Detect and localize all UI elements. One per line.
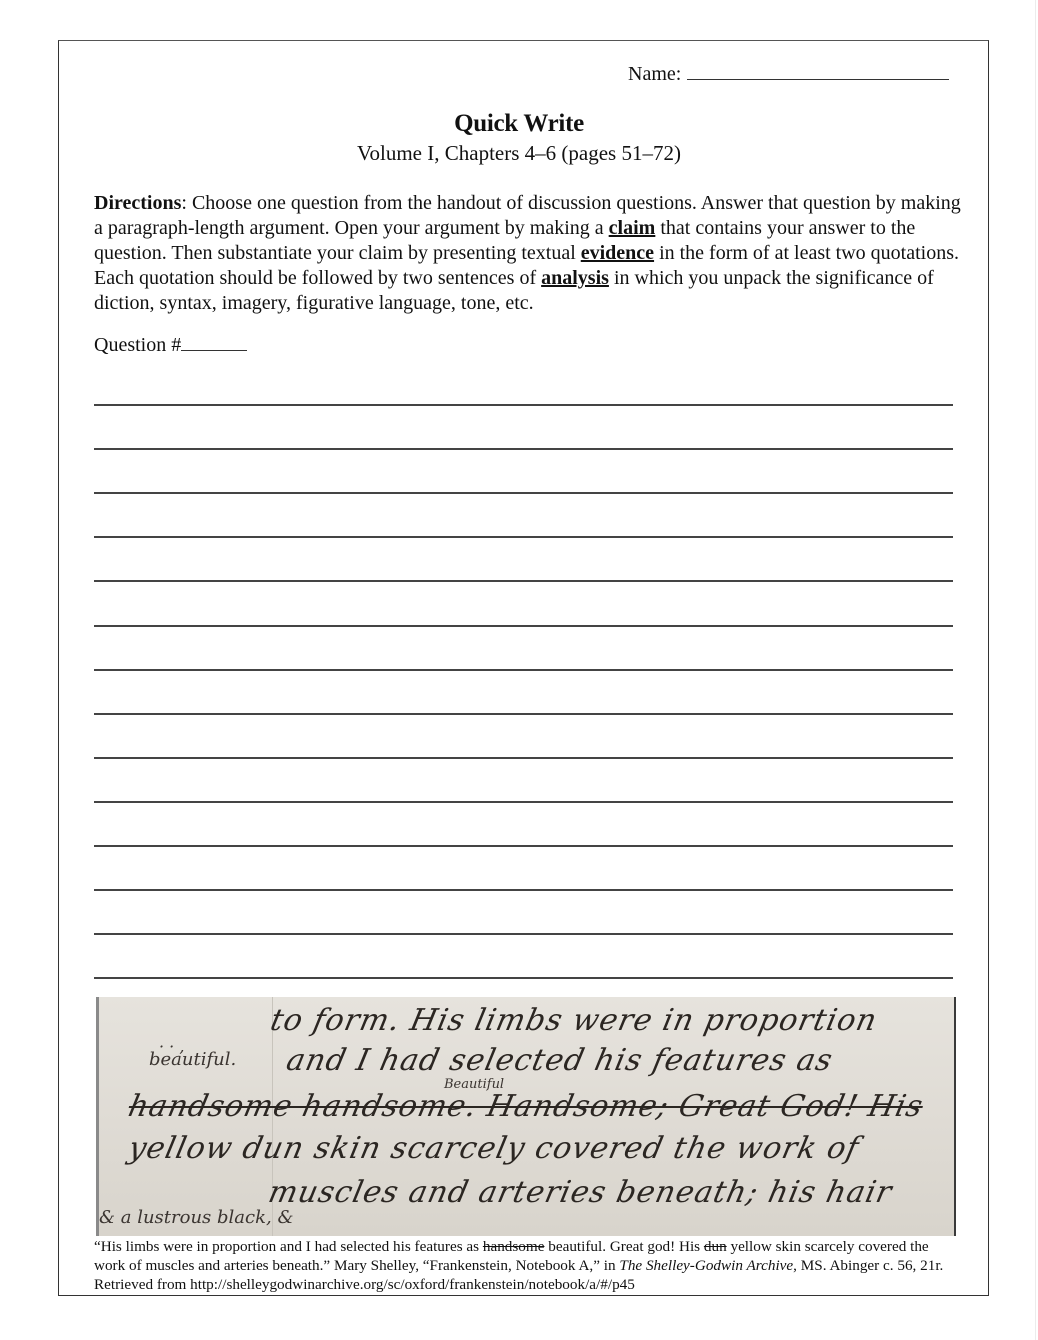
answer-line[interactable] (94, 536, 953, 538)
answer-line[interactable] (94, 801, 953, 803)
answer-line[interactable] (94, 669, 953, 671)
name-blank-line[interactable] (687, 61, 949, 80)
answer-line[interactable] (94, 404, 953, 406)
manuscript-marginal-note: beautiful. (149, 1049, 236, 1070)
caption-deleted-word: dun (704, 1238, 727, 1255)
question-number-blank[interactable] (181, 334, 247, 351)
worksheet-subtitle: Volume I, Chapters 4–6 (pages 51–72) (0, 141, 1038, 166)
manuscript-line: and I had selected his features as (283, 1043, 836, 1078)
worksheet-title: Quick Write (0, 110, 1038, 138)
answer-line[interactable] (94, 889, 953, 891)
directions-paragraph: Directions: Choose one question from the… (94, 191, 964, 316)
keyword-claim: claim (609, 217, 656, 239)
question-number-field: Question # (94, 334, 247, 357)
answer-line[interactable] (94, 448, 953, 450)
manuscript-image: · · , to form. His limbs were in proport… (96, 997, 956, 1236)
name-label: Name: (628, 63, 681, 85)
caption-text: beautiful. Great god! His (544, 1238, 703, 1255)
manuscript-caption: “His limbs were in proportion and I had … (94, 1237, 954, 1294)
manuscript-line: to form. His limbs were in proportion (267, 1003, 880, 1038)
caption-source-title: The Shelley-Godwin Archive (619, 1257, 793, 1274)
answer-line[interactable] (94, 492, 953, 494)
directions-label: Directions (94, 192, 181, 214)
answer-line[interactable] (94, 625, 953, 627)
answer-line[interactable] (94, 845, 953, 847)
question-label: Question # (94, 334, 181, 356)
caption-text: “His limbs were in proportion and I had … (94, 1238, 483, 1255)
answer-line[interactable] (94, 713, 953, 715)
keyword-evidence: evidence (581, 242, 654, 264)
caption-deleted-word: handsome (483, 1238, 545, 1255)
answer-line[interactable] (94, 757, 953, 759)
name-field: Name: (628, 61, 949, 86)
keyword-analysis: analysis (541, 267, 609, 289)
manuscript-marginal-note: & a lustrous black, & (99, 1207, 293, 1228)
page-edge-rule (1035, 0, 1036, 1340)
answer-line[interactable] (94, 977, 953, 979)
manuscript-line: handsome handsome. Handsome; Great God! … (125, 1089, 926, 1124)
manuscript-line: muscles and arteries beneath; his hair (265, 1175, 895, 1210)
answer-line[interactable] (94, 933, 953, 935)
manuscript-line: yellow dun skin scarcely covered the wor… (125, 1131, 862, 1166)
answer-line[interactable] (94, 580, 953, 582)
